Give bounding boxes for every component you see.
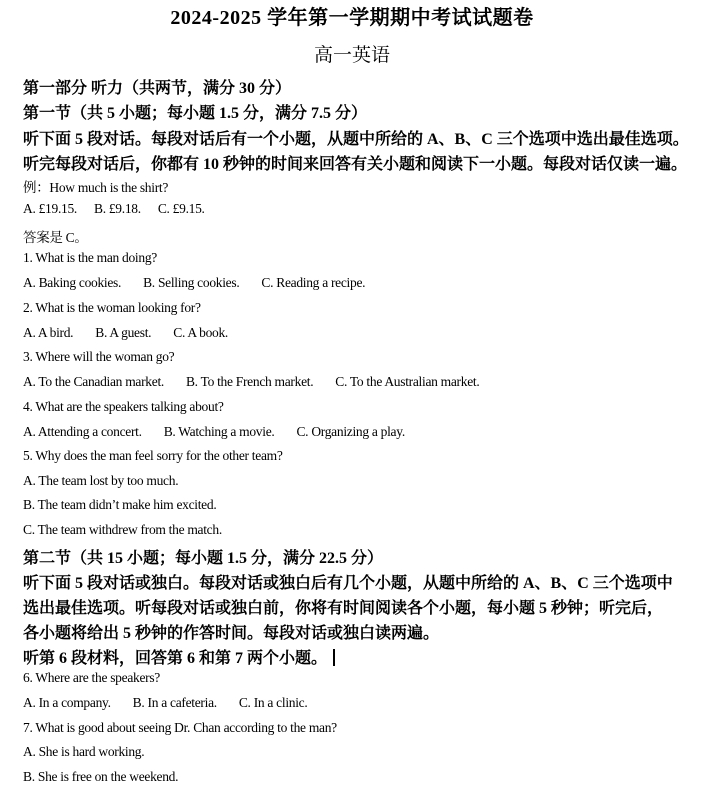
question-4-options: A. Attending a concert.B. Watching a mov… (23, 424, 405, 440)
question-6: 6. Where are the speakers? (23, 670, 160, 686)
material-note-text: 听第 6 段材料，回答第 6 和第 7 两个小题。 (23, 650, 327, 667)
section2-heading: 第二节（共 15 小题；每小题 1.5 分，满分 22.5 分） (23, 545, 383, 568)
section1-instruction-1: 听下面 5 段对话。每段对话后有一个小题，从题中所给的 A、B、C 三个选项中选… (23, 126, 689, 149)
question-7-option-a: A. She is hard working. (23, 744, 144, 760)
option-b: B. Selling cookies. (143, 275, 239, 291)
option-a: A. £19.15. (23, 201, 77, 217)
question-2-options: A. A bird.B. A guest.C. A book. (23, 325, 228, 341)
question-4: 4. What are the speakers talking about? (23, 399, 224, 415)
part1-heading: 第一部分 听力（共两节，满分 30 分） (23, 75, 291, 98)
question-1: 1. What is the man doing? (23, 250, 157, 266)
question-5-option-b: B. The team didn’t make him excited. (23, 497, 216, 513)
exam-subject: 高一英语 (0, 40, 704, 67)
material-note: 听第 6 段材料，回答第 6 和第 7 两个小题。 (23, 645, 335, 668)
option-a: A. In a company. (23, 695, 111, 711)
option-a: A. A bird. (23, 325, 73, 341)
section2-instruction-2: 选出最佳选项。听每段对话或独白前，你将有时间阅读各个小题，每小题 5 秒钟；听完… (23, 595, 663, 618)
option-b: B. Watching a movie. (164, 424, 275, 440)
question-1-options: A. Baking cookies.B. Selling cookies.C. … (23, 275, 365, 291)
option-b: B. To the French market. (186, 374, 313, 390)
option-a: A. Baking cookies. (23, 275, 121, 291)
question-2: 2. What is the woman looking for? (23, 300, 201, 316)
question-5: 5. Why does the man feel sorry for the o… (23, 448, 283, 464)
option-b: B. In a cafeteria. (133, 695, 217, 711)
option-c: C. £9.15. (158, 201, 205, 217)
section2-instruction-1: 听下面 5 段对话或独白。每段对话或独白后有几个小题，从题中所给的 A、B、C … (23, 570, 673, 593)
question-3-options: A. To the Canadian market.B. To the Fren… (23, 374, 479, 390)
option-c: C. A book. (173, 325, 228, 341)
text-cursor (333, 649, 335, 666)
question-7-option-b: B. She is free on the weekend. (23, 769, 178, 785)
example-options: A. £19.15.B. £9.18.C. £9.15. (23, 201, 205, 217)
section2-instruction-3: 各小题将给出 5 秒钟的作答时间。每段对话或独白读两遍。 (23, 620, 439, 643)
option-b: B. A guest. (95, 325, 151, 341)
question-5-option-a: A. The team lost by too much. (23, 473, 178, 489)
question-3: 3. Where will the woman go? (23, 349, 174, 365)
example-question: 例：How much is the shirt? (23, 176, 168, 196)
option-c: C. In a clinic. (239, 695, 308, 711)
exam-title: 2024-2025 学年第一学期期中考试试题卷 (0, 1, 704, 30)
example-answer: 答案是 C。 (23, 226, 88, 246)
option-c: C. Organizing a play. (296, 424, 404, 440)
question-7: 7. What is good about seeing Dr. Chan ac… (23, 720, 337, 736)
question-6-options: A. In a company.B. In a cafeteria.C. In … (23, 695, 307, 711)
option-a: A. Attending a concert. (23, 424, 142, 440)
question-5-option-c: C. The team withdrew from the match. (23, 522, 222, 538)
option-c: C. To the Australian market. (335, 374, 479, 390)
option-c: C. Reading a recipe. (261, 275, 365, 291)
option-b: B. £9.18. (94, 201, 141, 217)
section1-heading: 第一节（共 5 小题；每小题 1.5 分，满分 7.5 分） (23, 100, 367, 123)
option-a: A. To the Canadian market. (23, 374, 164, 390)
section1-instruction-2: 听完每段对话后，你都有 10 秒钟的时间来回答有关小题和阅读下一小题。每段对话仅… (23, 151, 687, 174)
